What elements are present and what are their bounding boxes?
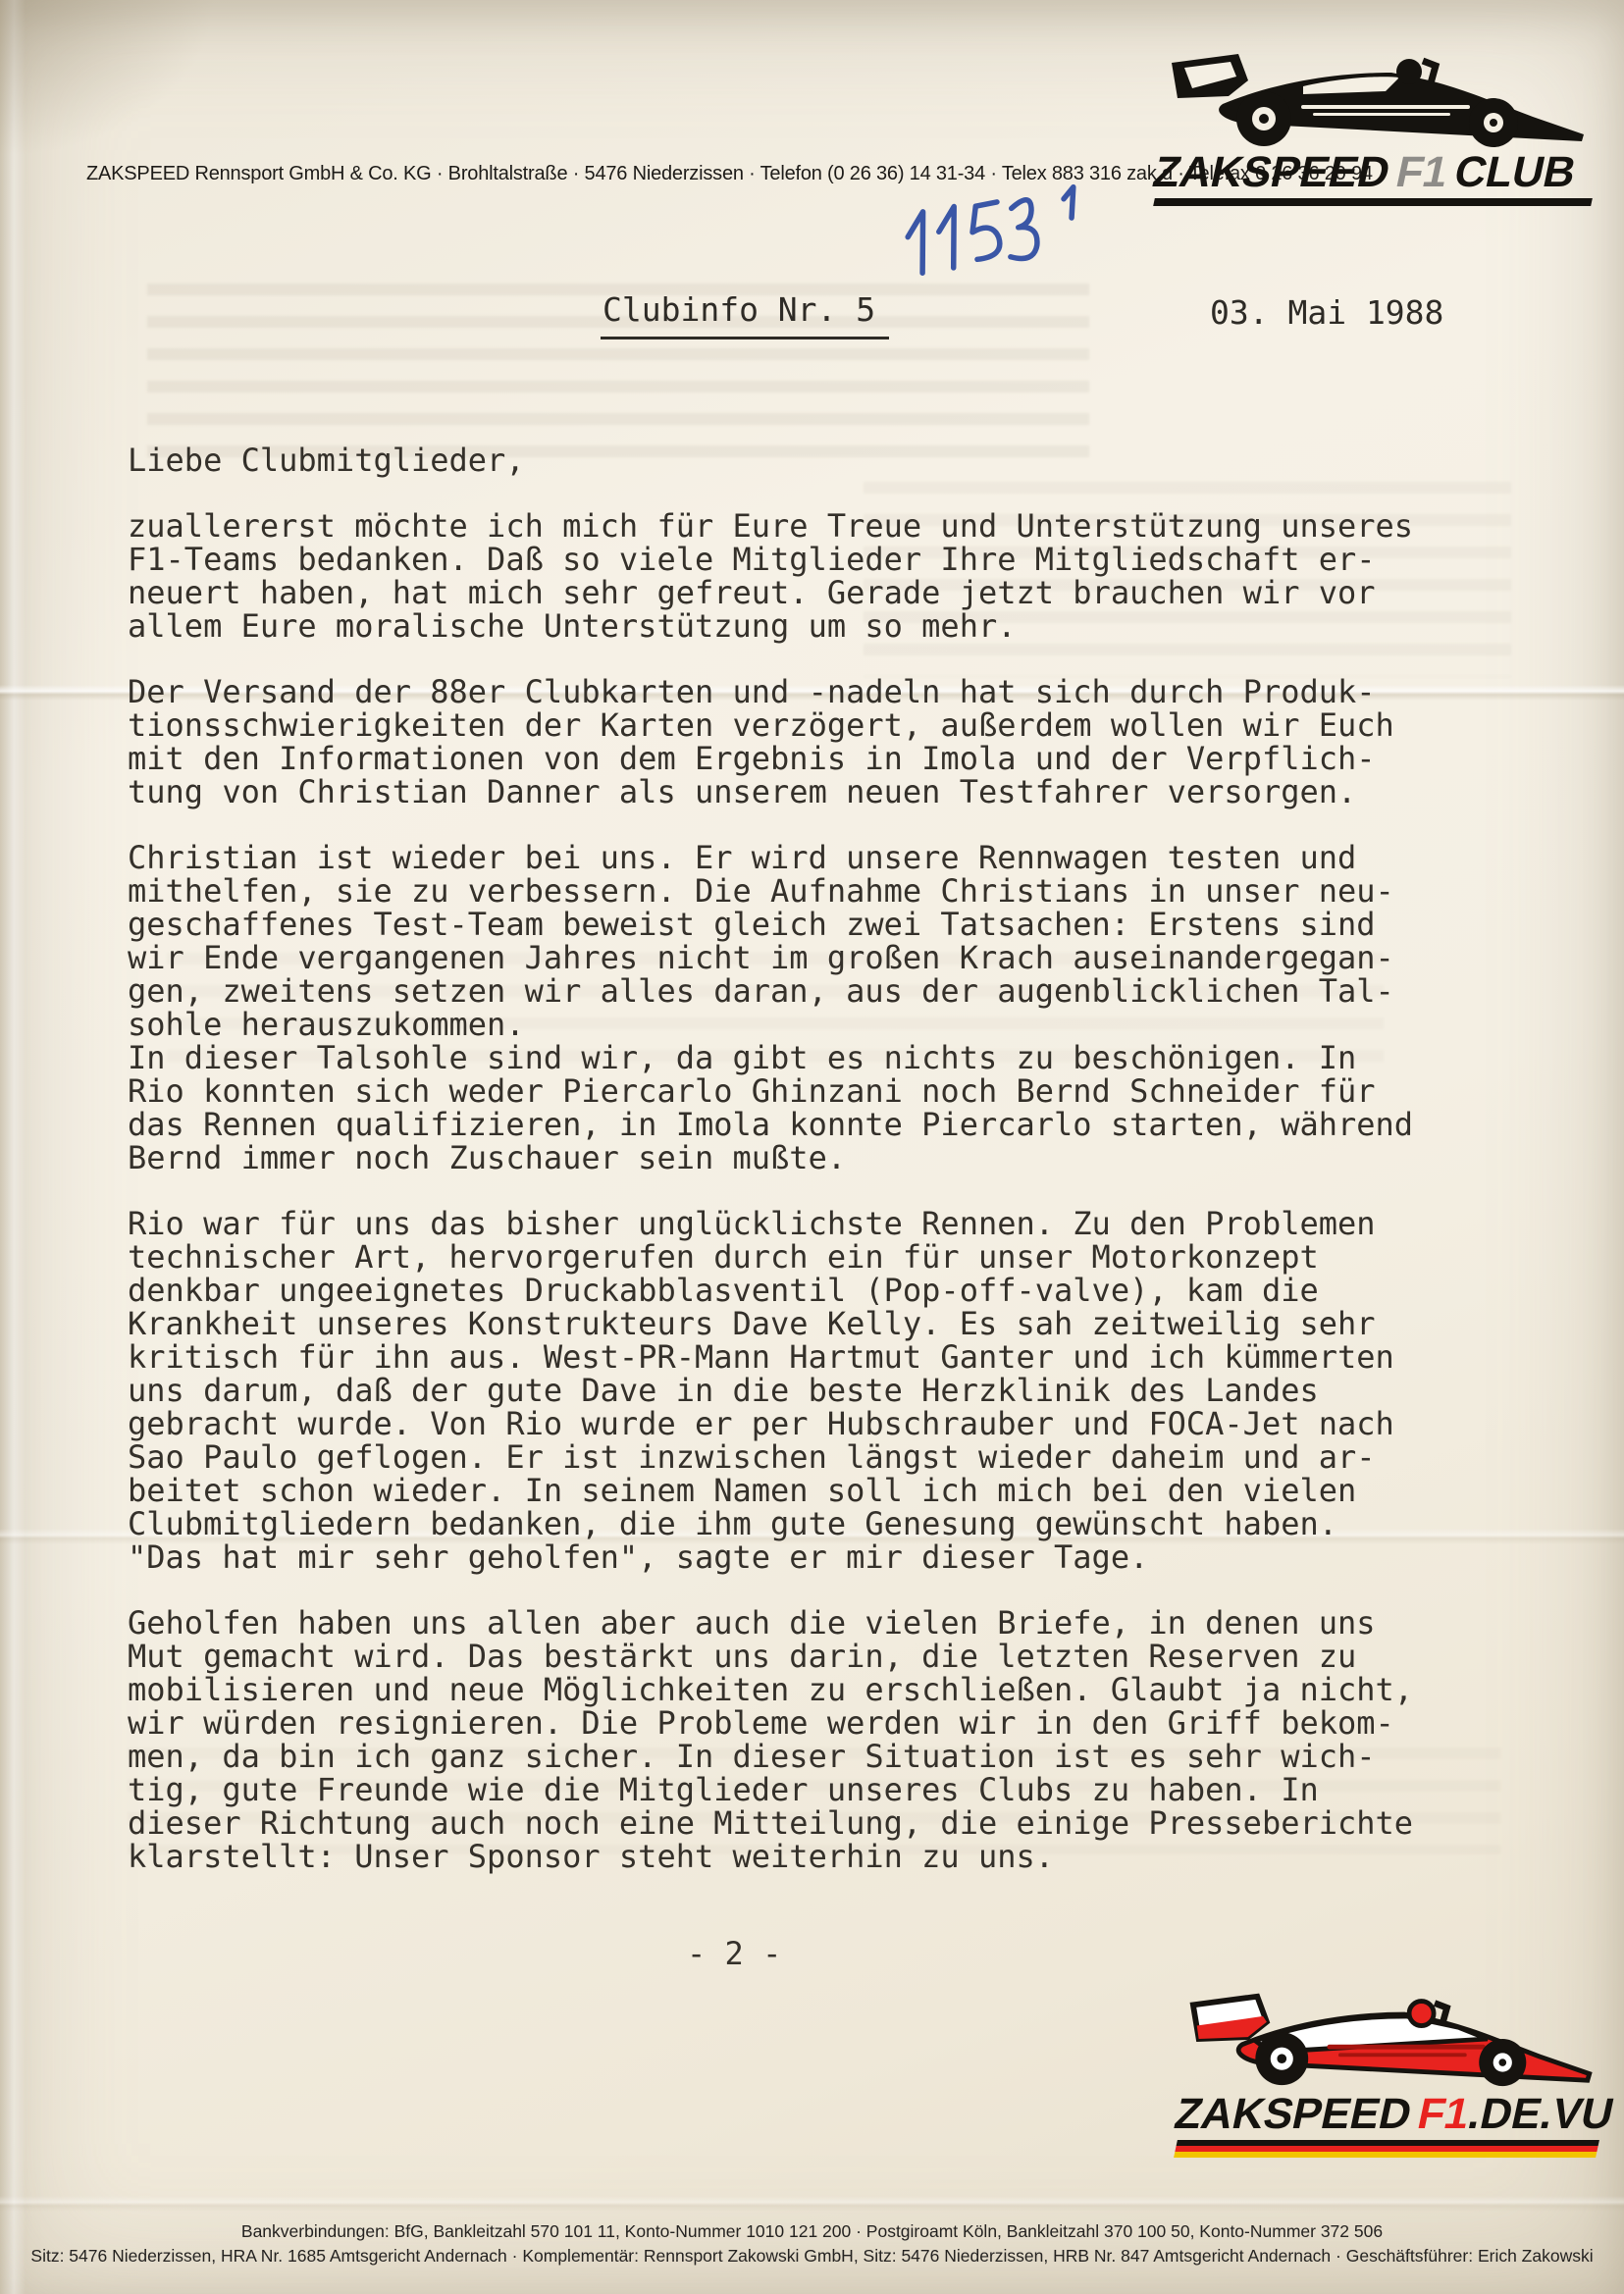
logo-f1-text: F1 [1392,151,1452,194]
logo-wordmark: ZAKSPEED F1 CLUB [1149,151,1596,194]
zakspeed-f1-devu-logo: ZAKSPEED F1 .DE.VU [1176,1990,1598,2158]
salutation: Liebe Clubmitglieder, [128,443,1541,477]
scan-edge-shadow [0,0,26,2294]
logo-brand-text: ZAKSPEED [1149,151,1393,194]
logo-suffix-text: .DE.VU [1464,2093,1617,2136]
logo-underline-bar [1153,198,1593,206]
german-flag-underline [1174,2140,1599,2158]
page-title: Clubinfo Nr. 5 [601,290,889,339]
scan-corner-shadow [0,0,216,157]
paragraph: zuallererst möchte ich mich für Eure Tre… [128,509,1541,643]
f1-car-silhouette-icon [1154,47,1592,149]
handwritten-number [890,178,1106,301]
logo-club-text: CLUB [1450,151,1580,194]
logo-brand-text: ZAKSPEED [1171,2093,1415,2136]
logo-wordmark: ZAKSPEED F1 .DE.VU [1171,2093,1601,2136]
letter-body: Liebe Clubmitglieder, zuallererst möchte… [128,443,1541,1905]
scanned-letter-page: ZAKSPEED Rennsport GmbH & Co. KG · Brohl… [0,0,1624,2294]
footer: Bankverbindungen: BfG, Bankleitzahl 570 … [0,2219,1624,2268]
paragraph: Rio war für uns das bisher unglücklichst… [128,1207,1541,1574]
document-date: 03. Mai 1988 [1210,293,1443,332]
paragraph: Christian ist wieder bei uns. Er wird un… [128,841,1541,1174]
handwritten-1153-strokes [890,178,1105,296]
page-number: - 2 - [687,1935,781,1972]
paragraph: Geholfen haben uns allen aber auch die v… [128,1606,1541,1873]
paper-crease [0,2196,1624,2212]
f1-car-colored-icon [1176,1990,1598,2088]
footer-bank-line: Bankverbindungen: BfG, Bankleitzahl 570 … [0,2219,1624,2244]
footer-legal-line: Sitz: 5476 Niederzissen, HRA Nr. 1685 Am… [0,2244,1624,2268]
paragraph: Der Versand der 88er Clubkarten und -nad… [128,675,1541,808]
zakspeed-f1-club-logo: ZAKSPEED F1 CLUB [1154,47,1592,206]
